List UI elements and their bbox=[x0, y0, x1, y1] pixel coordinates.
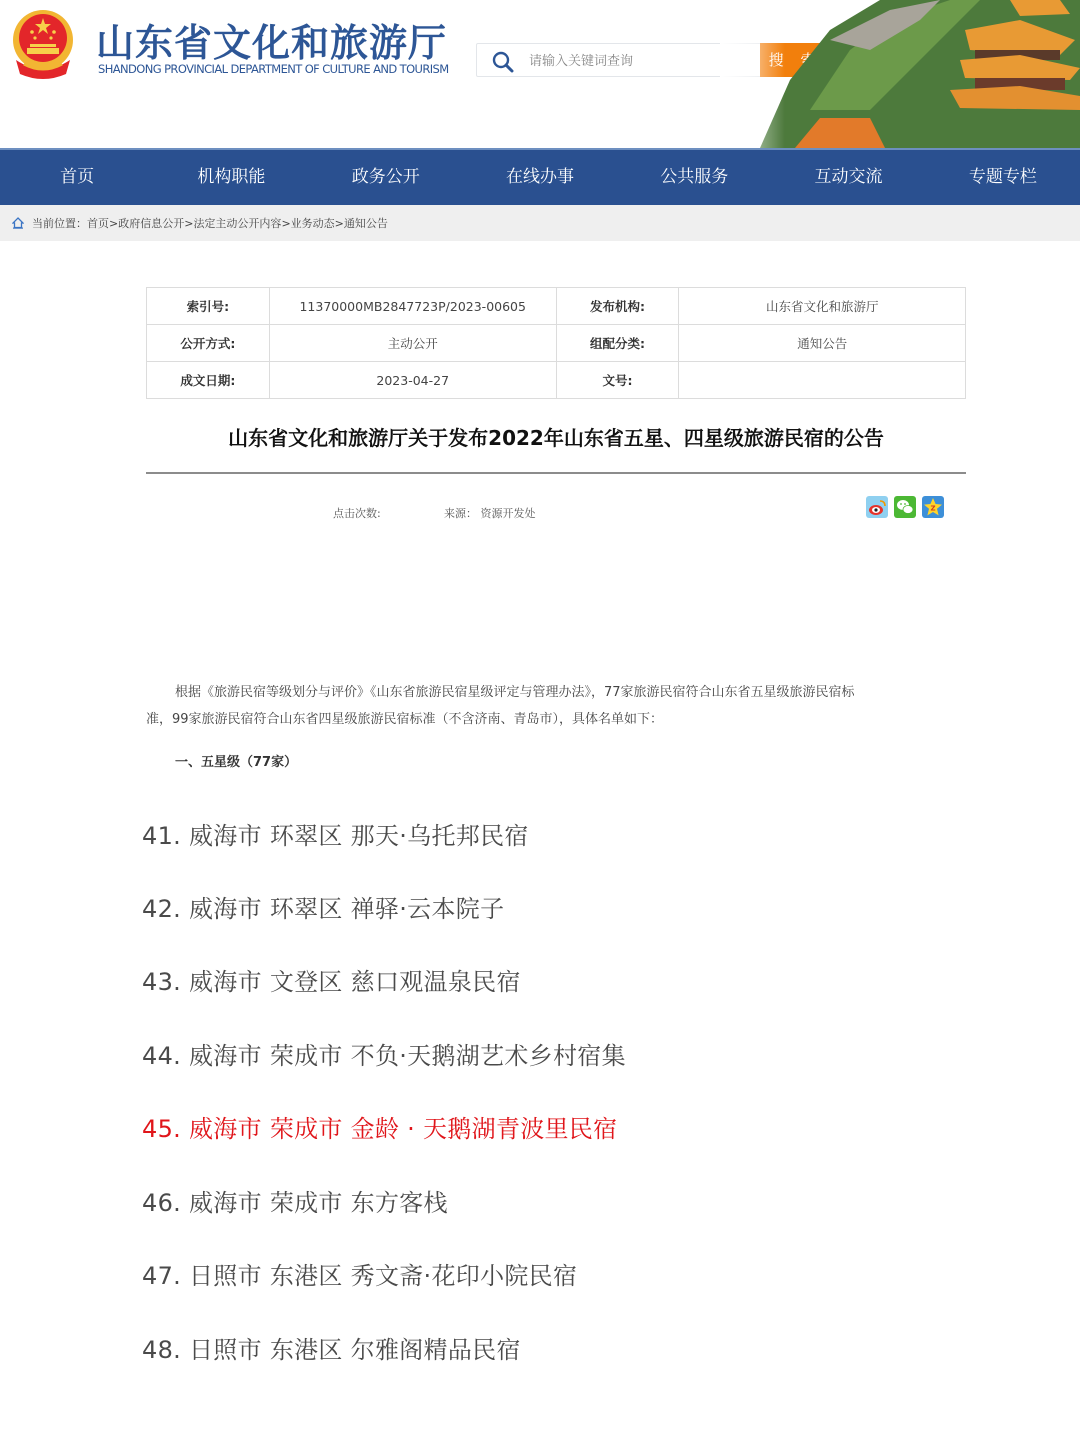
main-nav: 首页 机构职能 政务公开 在线办事 公共服务 互动交流 专题专栏 bbox=[0, 148, 1080, 205]
list-item: 44. 威海市 荣成市 不负·天鹅湖艺术乡村宿集 bbox=[142, 1036, 626, 1071]
document-info-table: 索引号: 11370000MB2847723P/2023-00605 发布机构:… bbox=[146, 287, 966, 399]
intro-paragraph-line-2: 准，99家旅游民宿符合山东省四星级旅游民宿标准（不含济南、青岛市），具体名单如下… bbox=[146, 706, 956, 734]
weibo-icon[interactable] bbox=[866, 496, 888, 518]
source-label: 来源： bbox=[444, 507, 477, 520]
national-emblem-logo[interactable] bbox=[10, 8, 76, 80]
nav-item-home[interactable]: 首页 bbox=[0, 150, 154, 205]
document-number-label: 文号: bbox=[556, 362, 679, 399]
disclosure-method-value: 主动公开 bbox=[269, 325, 556, 362]
index-number-label: 索引号: bbox=[147, 288, 270, 325]
breadcrumb-separator: > bbox=[281, 217, 290, 230]
breadcrumb-separator: > bbox=[335, 217, 344, 230]
nav-item-gov-affairs[interactable]: 政务公开 bbox=[309, 150, 463, 205]
date-value: 2023-04-27 bbox=[269, 362, 556, 399]
category-value: 通知公告 bbox=[679, 325, 966, 362]
breadcrumb-notices[interactable]: 通知公告 bbox=[344, 215, 388, 231]
article-title: 山东省文化和旅游厅关于发布2022年山东省五星、四星级旅游民宿的公告 bbox=[146, 422, 966, 451]
publisher-value: 山东省文化和旅游厅 bbox=[679, 288, 966, 325]
site-subtitle: SHANDONG PROVINCIAL DEPARTMENT OF CULTUR… bbox=[98, 62, 449, 76]
search-input[interactable] bbox=[529, 50, 749, 72]
table-row: 索引号: 11370000MB2847723P/2023-00605 发布机构:… bbox=[147, 288, 966, 325]
breadcrumb-business-news[interactable]: 业务动态 bbox=[291, 215, 335, 231]
qzone-icon[interactable]: Z bbox=[922, 496, 944, 518]
intro-paragraph-line-1: 根据《旅游民宿等级划分与评价》《山东省旅游民宿星级评定与管理办法》，77家旅游民… bbox=[146, 679, 956, 707]
breadcrumb-home[interactable]: 首页 bbox=[87, 215, 109, 231]
wechat-icon[interactable] bbox=[894, 496, 916, 518]
banner-pagoda-image bbox=[720, 0, 1080, 148]
list-item: 47. 日照市 东港区 秀文斋·花印小院民宿 bbox=[142, 1256, 577, 1291]
title-divider bbox=[146, 472, 966, 474]
nav-item-interaction[interactable]: 互动交流 bbox=[771, 150, 925, 205]
list-item: 43. 威海市 文登区 慈口观温泉民宿 bbox=[142, 962, 521, 997]
site-title[interactable]: 山东省文化和旅游厅 bbox=[96, 12, 447, 67]
index-number-value: 11370000MB2847723P/2023-00605 bbox=[269, 288, 556, 325]
breadcrumb-separator: > bbox=[184, 217, 193, 230]
breadcrumb-separator: > bbox=[109, 217, 118, 230]
section-heading-five-star: 一、五星级（77家） bbox=[175, 751, 297, 770]
breadcrumb-prefix: 当前位置： bbox=[32, 215, 87, 231]
nav-item-online-services[interactable]: 在线办事 bbox=[463, 150, 617, 205]
click-count-label: 点击次数: bbox=[333, 507, 381, 520]
list-item-highlighted: 45. 威海市 荣成市 金龄 · 天鹅湖青波里民宿 bbox=[142, 1109, 617, 1144]
source-value: 资源开发处 bbox=[481, 507, 536, 520]
breadcrumb-gov-info[interactable]: 政府信息公开 bbox=[118, 215, 184, 231]
article-source: 来源： 资源开发处 bbox=[444, 505, 536, 521]
nav-item-functions[interactable]: 机构职能 bbox=[154, 150, 308, 205]
site-header: 山东省文化和旅游厅 SHANDONG PROVINCIAL DEPARTMENT… bbox=[0, 0, 1080, 148]
list-item: 48. 日照市 东港区 尔雅阁精品民宿 bbox=[142, 1330, 521, 1365]
table-row: 公开方式: 主动公开 组配分类: 通知公告 bbox=[147, 325, 966, 362]
breadcrumb: 当前位置： 首页 > 政府信息公开 > 法定主动公开内容 > 业务动态 > 通知… bbox=[0, 205, 1080, 241]
home-icon bbox=[12, 217, 24, 229]
date-label: 成文日期: bbox=[147, 362, 270, 399]
table-row: 成文日期: 2023-04-27 文号: bbox=[147, 362, 966, 399]
disclosure-method-label: 公开方式: bbox=[147, 325, 270, 362]
list-item: 46. 威海市 荣成市 东方客栈 bbox=[142, 1183, 448, 1218]
category-label: 组配分类: bbox=[556, 325, 679, 362]
document-number-value bbox=[679, 362, 966, 399]
nav-item-special-topics[interactable]: 专题专栏 bbox=[926, 150, 1080, 205]
svg-text:Z: Z bbox=[930, 505, 935, 513]
nav-item-public-services[interactable]: 公共服务 bbox=[617, 150, 771, 205]
list-item: 41. 威海市 环翠区 那天·乌托邦民宿 bbox=[142, 816, 529, 851]
list-item: 42. 威海市 环翠区 禅驿·云本院子 bbox=[142, 889, 504, 924]
search-icon bbox=[491, 50, 515, 74]
click-count: 点击次数: bbox=[333, 505, 381, 521]
publisher-label: 发布机构: bbox=[556, 288, 679, 325]
breadcrumb-statutory-content[interactable]: 法定主动公开内容 bbox=[193, 215, 281, 231]
